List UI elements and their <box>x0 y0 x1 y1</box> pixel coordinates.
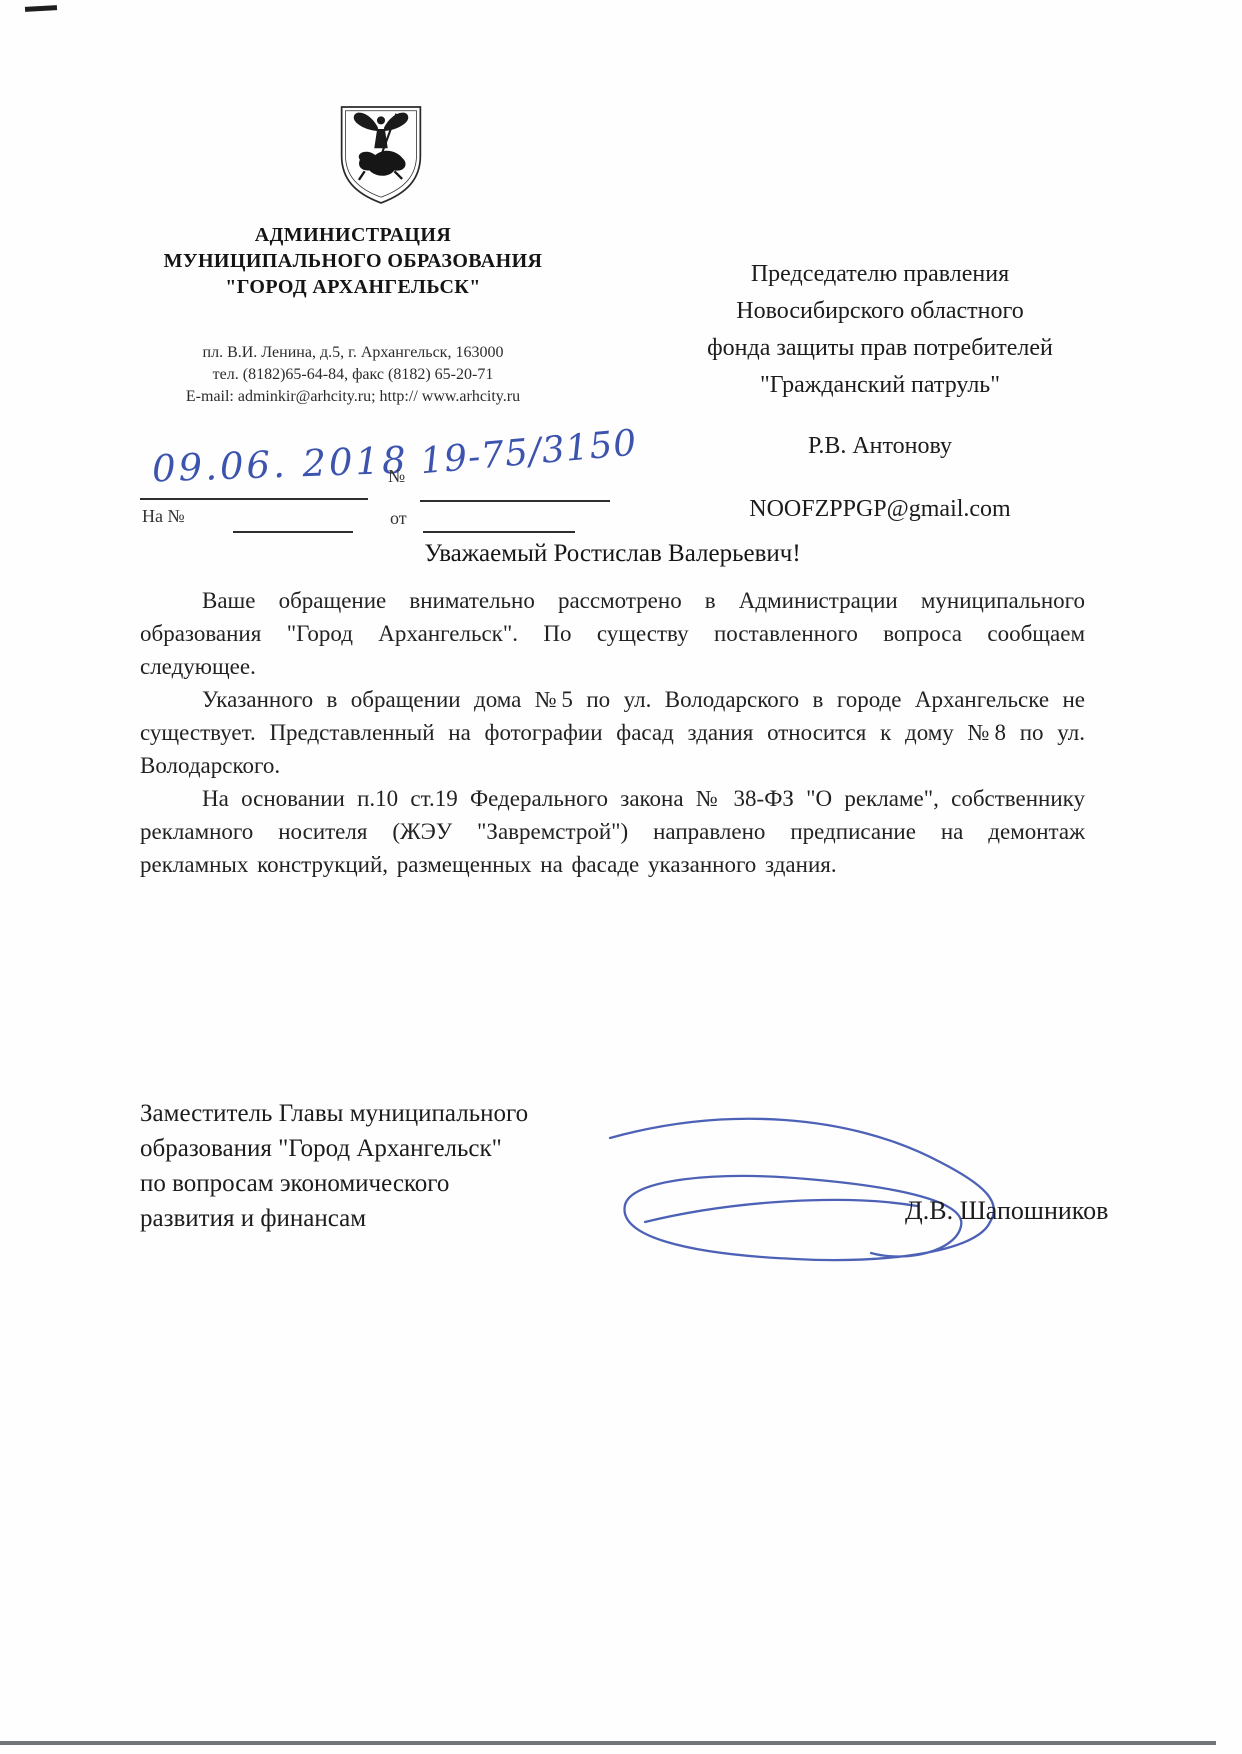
signer-title-line2: образования "Город Архангельск" <box>140 1131 640 1166</box>
date-underline <box>140 498 368 500</box>
recipient-line3: фонда защиты прав потребителей <box>630 330 1130 367</box>
recipient-line1: Председателю правления <box>630 256 1130 293</box>
number-sign-label: № <box>388 466 405 487</box>
org-contacts: пл. В.И. Ленина, д.5, г. Архангельск, 16… <box>128 342 578 408</box>
reply-to-underline <box>233 531 353 533</box>
recipient-line4: "Гражданский патруль" <box>630 367 1130 404</box>
org-phone: тел. (8182)65-64-84, факс (8182) 65-20-7… <box>128 364 578 386</box>
letter-page: АДМИНИСТРАЦИЯ МУНИЦИПАЛЬНОГО ОБРАЗОВАНИЯ… <box>0 0 1242 1754</box>
reply-to-label: На № <box>142 506 185 527</box>
handwritten-number: 19-75/3150 <box>419 423 639 483</box>
recipient-line2: Новосибирского областного <box>630 293 1130 330</box>
number-underline <box>420 500 610 502</box>
org-address: пл. В.И. Ленина, д.5, г. Архангельск, 16… <box>128 342 578 364</box>
handwritten-date: 09.06. 2018 <box>151 439 409 491</box>
scan-edge-bottom <box>0 1741 1216 1745</box>
letterhead: АДМИНИСТРАЦИЯ МУНИЦИПАЛЬНОГО ОБРАЗОВАНИЯ… <box>128 100 578 408</box>
signer-title-line1: Заместитель Главы муниципального <box>140 1096 640 1131</box>
org-name-line3: "ГОРОД АРХАНГЕЛЬСК" <box>128 274 578 300</box>
scan-artifact-top <box>25 5 57 12</box>
org-name: АДМИНИСТРАЦИЯ МУНИЦИПАЛЬНОГО ОБРАЗОВАНИЯ… <box>128 222 578 300</box>
signer-name: Д.В. Шапошников <box>905 1196 1108 1226</box>
from-label: от <box>390 508 407 529</box>
from-underline <box>423 531 575 533</box>
body-paragraph-2: Указанного в обращении дома №5 по ул. Во… <box>140 683 1085 782</box>
signer-title-line3: по вопросам экономического <box>140 1166 640 1201</box>
signer-title-line4: развития и финансам <box>140 1201 640 1236</box>
recipient-email: NOOFZPPGP@gmail.com <box>630 491 1130 528</box>
org-name-line1: АДМИНИСТРАЦИЯ <box>128 222 578 248</box>
body-paragraph-1: Ваше обращение внимательно рассмотрено в… <box>140 584 1085 683</box>
body-paragraph-3: На основании п.10 ст.19 Федерального зак… <box>140 782 1085 881</box>
coat-of-arms-icon <box>333 100 429 208</box>
org-email: E-mail: adminkir@arhcity.ru; http:// www… <box>128 386 578 408</box>
salutation: Уважаемый Ростислав Валерьевич! <box>140 540 1085 568</box>
org-name-line2: МУНИЦИПАЛЬНОГО ОБРАЗОВАНИЯ <box>128 248 578 274</box>
letter-body: Ваше обращение внимательно рассмотрено в… <box>140 584 1085 881</box>
signer-title: Заместитель Главы муниципального образов… <box>140 1096 640 1236</box>
recipient-block: Председателю правления Новосибирского об… <box>630 256 1130 528</box>
recipient-name: Р.В. Антонову <box>630 428 1130 465</box>
handwritten-signature-icon <box>585 1100 1045 1270</box>
